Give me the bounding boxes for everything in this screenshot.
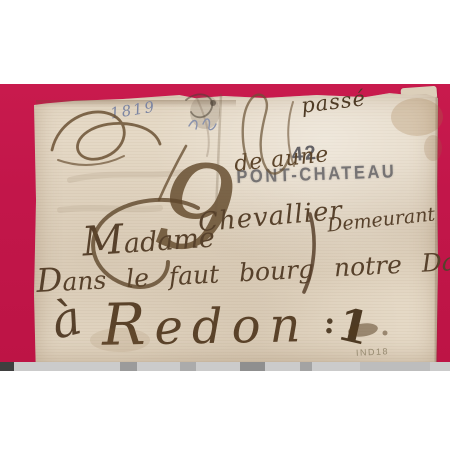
strip-segment [240,362,265,371]
strip-segment [300,362,312,371]
strip-segment [180,362,196,371]
listing-photo: 1819 passé 42 PONT-CHATEAU de aune 9 Mad… [0,0,450,450]
photo-bottom-strip [0,362,450,371]
address-town-redon: Redon [101,288,309,359]
pencil-dealer-code: IND18 [356,346,389,358]
strip-segment [0,362,14,371]
strip-segment [360,362,430,371]
bottom-letterbox [0,371,450,450]
strip-segment [120,362,137,371]
